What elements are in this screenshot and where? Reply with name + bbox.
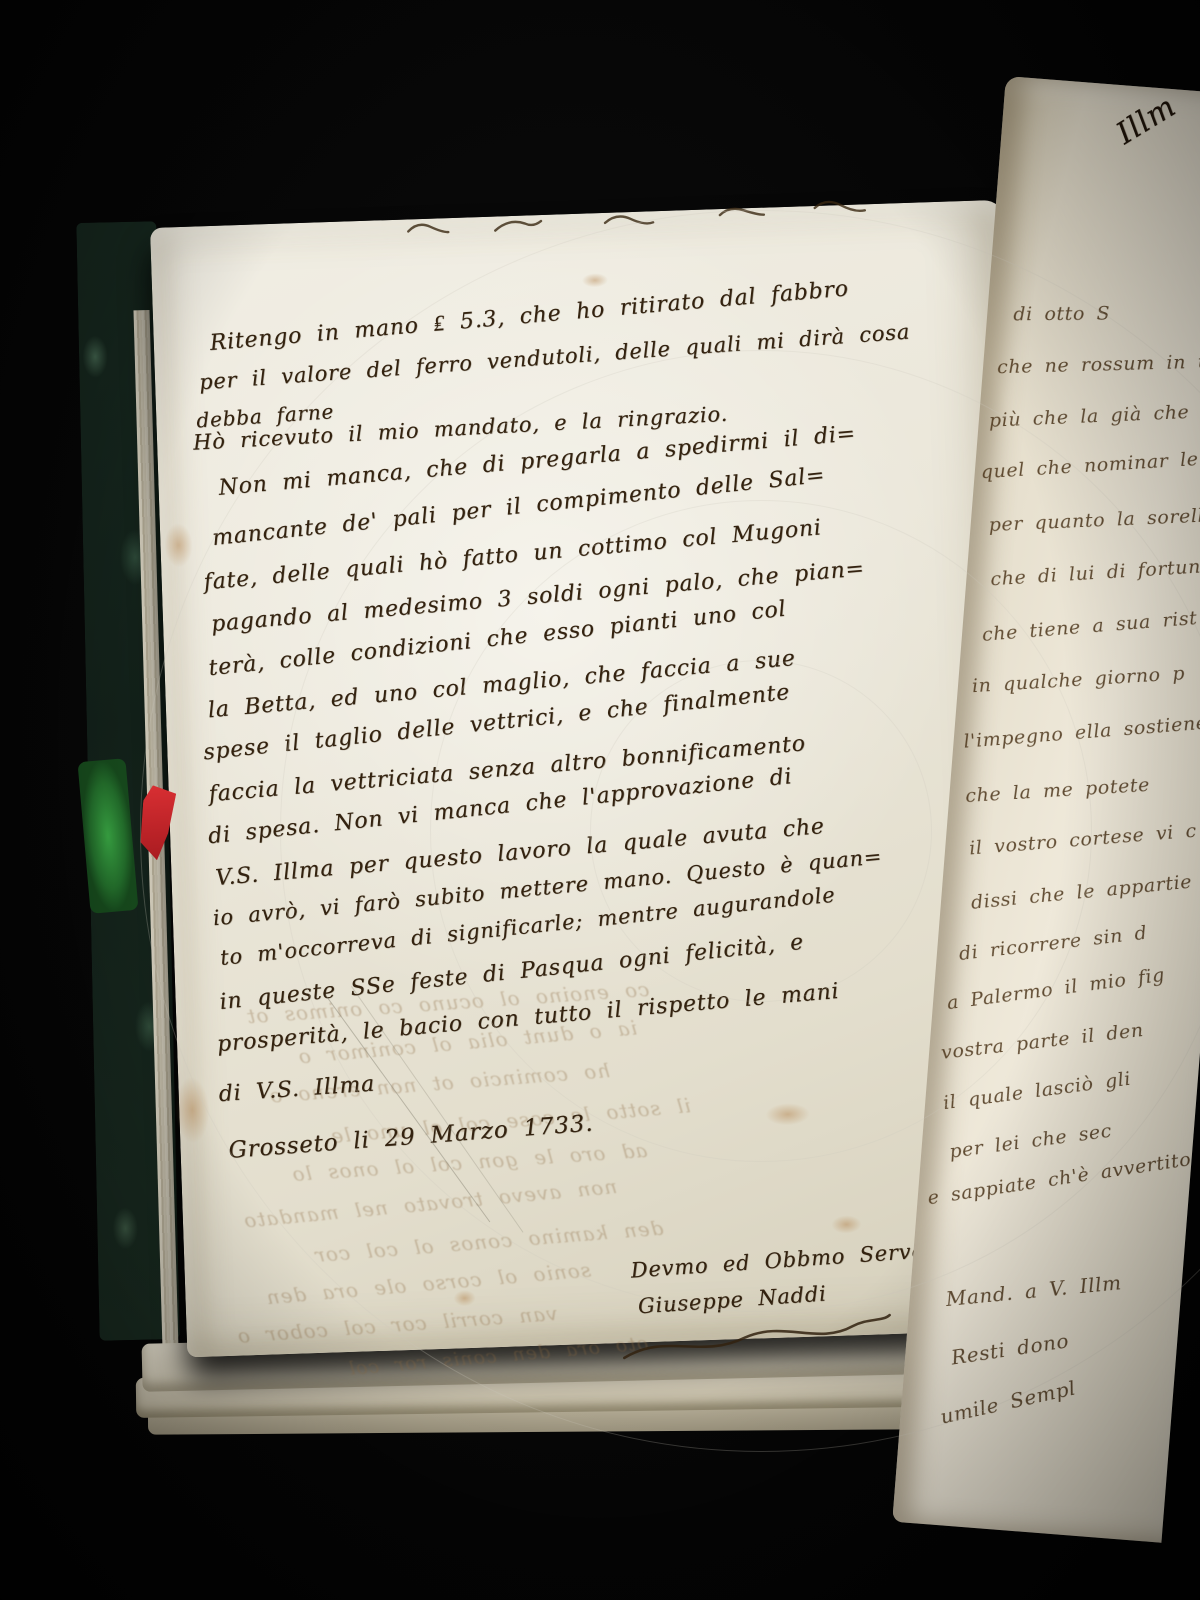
right-page-line-fragment: il vostro cortese vi c [968, 820, 1197, 860]
bleed-through-line: van corril cor col cobor o [236, 1301, 558, 1348]
right-page-line-fragment: a Palermo il mio fig [946, 964, 1167, 1014]
signature-name: Giuseppe Naddi [637, 1282, 827, 1319]
foxing-stain [582, 273, 608, 288]
right-page-line-fragment: umile Sempl [938, 1375, 1078, 1428]
right-page-line-fragment: più che la già che ne [988, 399, 1200, 431]
right-page-line-fragment: il quale lasciò gli [942, 1068, 1133, 1115]
right-page-line-fragment: vostra parte il den [940, 1019, 1145, 1064]
photo-open-manuscript-book: Ritengo in mano ₤ 5.3, che ho ritirato d… [0, 0, 1200, 1600]
right-page-line-fragment: Resti dono [949, 1328, 1070, 1369]
foxing-stain [174, 1077, 210, 1144]
valediction-line: Devmo ed Obbmo Servo [630, 1239, 926, 1283]
right-page-line-fragment: per lei che sec [948, 1120, 1113, 1163]
right-page-line-fragment: in qualche giorno p [971, 662, 1185, 697]
right-page-line-fragment: quel che nominar le fiain lo [980, 443, 1200, 484]
right-page-line-fragment: di ricorrere sin d [958, 922, 1149, 965]
right-page-line-fragment: di otto S [1013, 302, 1110, 325]
right-page-line-fragment: che tiene a sua rist [981, 607, 1198, 646]
right-page-line-fragment: che di lui di fortun [990, 555, 1200, 590]
top-edge-ink-marks [400, 196, 871, 242]
right-page-line-fragment: che la me potete [965, 774, 1151, 807]
right-page-header: Illm [1110, 89, 1182, 152]
right-page-line-fragment: per quanto la sorella d [988, 503, 1200, 536]
right-page-line-fragment: Mand. a V. Illm [945, 1270, 1123, 1311]
left-manuscript-page: Ritengo in mano ₤ 5.3, che ho ritirato d… [150, 200, 1041, 1358]
bleed-through-line: den kamino conos ol col cor [313, 1216, 664, 1267]
foxing-stain [164, 523, 193, 568]
foxing-stain [453, 1290, 476, 1307]
foxing-stain [831, 1215, 862, 1234]
right-page-line-fragment: che ne rossum in un Ho [997, 349, 1200, 378]
right-page-line-fragment: l'impegno ella sostiene [963, 712, 1200, 753]
manuscript-line: di V.S. Illma [218, 1072, 376, 1108]
foxing-stain [765, 1103, 810, 1126]
right-page-line-fragment: dissi che le appartie [970, 871, 1193, 914]
